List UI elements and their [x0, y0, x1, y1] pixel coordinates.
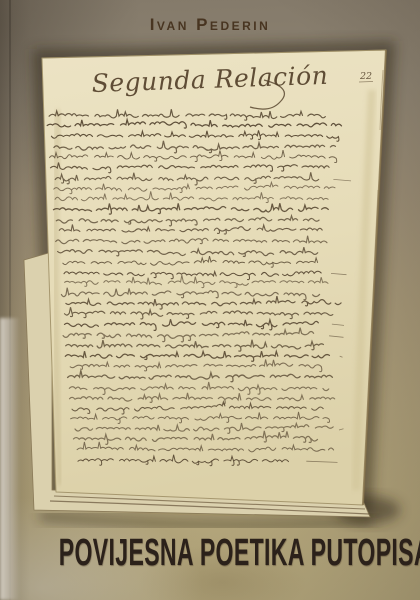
- manuscript-page-number: 22: [359, 71, 372, 82]
- manuscript-page: [42, 50, 386, 505]
- page-number-underline: [359, 82, 373, 83]
- manuscript-photo: Segunda Relación 22: [0, 30, 420, 535]
- book-title: POVIJESNA POETIKA PUTOPISA: [59, 529, 361, 575]
- book-cover: Ivan Pederin Segunda Relación: [0, 0, 420, 600]
- bottom-shadow: [40, 516, 372, 525]
